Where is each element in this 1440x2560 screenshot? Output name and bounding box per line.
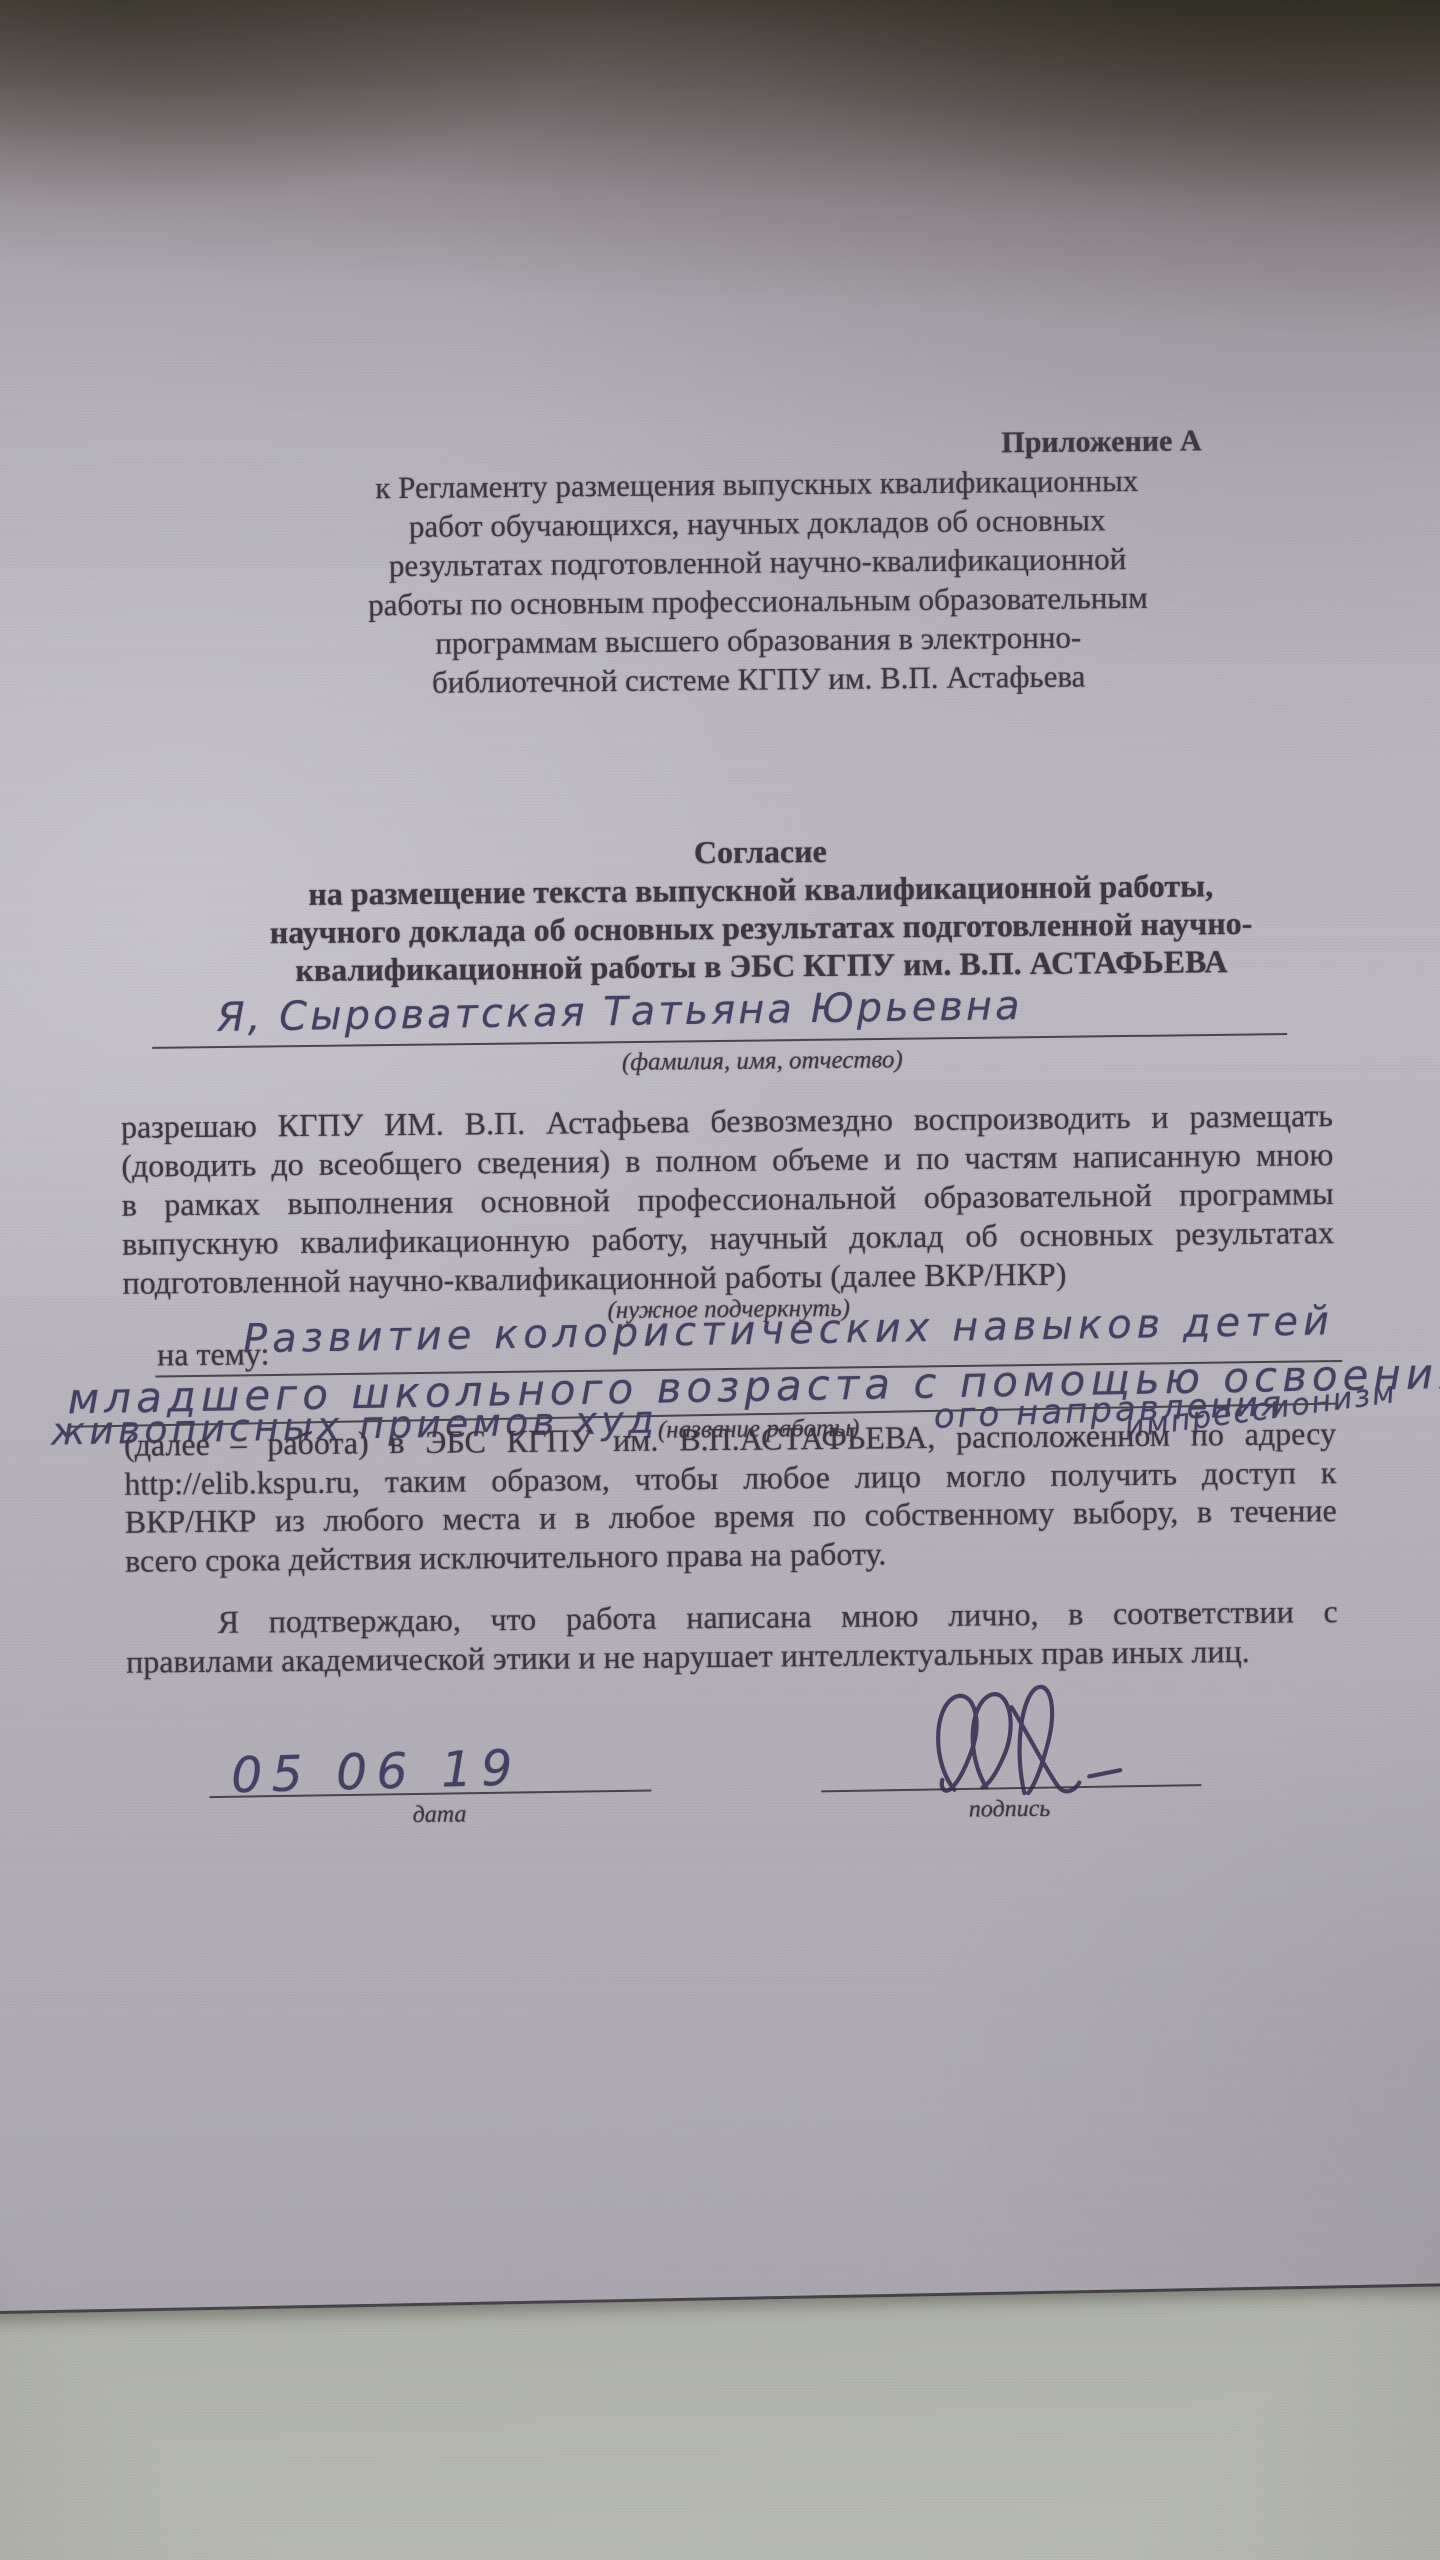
document-content: Приложение А к Регламенту размещения вып…	[0, 0, 1440, 2560]
date-caption: дата	[319, 1800, 559, 1830]
name-caption: (фамилия, имя, отчество)	[242, 1043, 1282, 1081]
signature-scribble	[923, 1678, 1164, 1798]
appendix-label: Приложение А	[1001, 421, 1201, 462]
document-page: Приложение А к Регламенту размещения вып…	[0, 0, 1440, 2315]
permission-paragraph: разрешаю КГПУ ИМ. В.П. Астафьева безвозм…	[121, 1096, 1335, 1303]
handwritten-name: Я, Сыроватская Татьяна Юрьевна	[217, 983, 1023, 1041]
terms-paragraph: (далее – работа) в ЭБС КГПУ им. В.П.АСТА…	[124, 1414, 1337, 1580]
signature-caption: подпись	[889, 1794, 1129, 1824]
document-title: Согласие на размещение текста выпускной …	[240, 828, 1281, 990]
photo-of-consent-form: Приложение А к Регламенту размещения вып…	[0, 0, 1440, 2560]
header-block: к Регламенту размещения выпускных квалиф…	[237, 460, 1279, 704]
confirmation-paragraph: Я подтверждаю, что работа написана мною …	[126, 1592, 1339, 1682]
